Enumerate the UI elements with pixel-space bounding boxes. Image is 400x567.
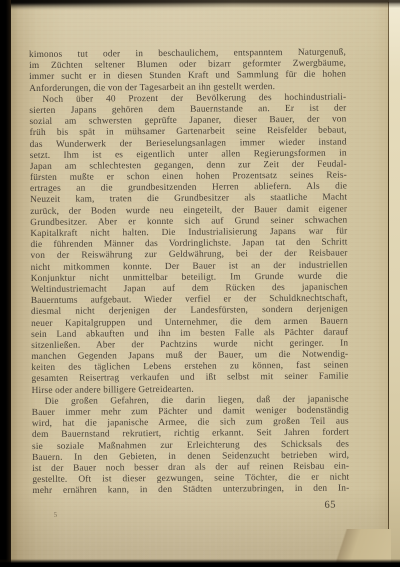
signature-mark: 5: [54, 511, 58, 519]
scan-edge-left: [0, 0, 11, 567]
paragraph: kimonos tut oder in beschaulichem, entsp…: [29, 48, 346, 95]
page-content: kimonos tut oder in beschaulichem, entsp…: [0, 0, 382, 567]
scan-edge-bottom: [0, 559, 400, 567]
scanned-book-page: kimonos tut oder in beschaulichem, entsp…: [0, 0, 400, 567]
text-line: mehr ernähren kann, in den Städten unter…: [32, 484, 349, 498]
paragraph: Noch über 40 Prozent der Bevölkerung des…: [29, 92, 348, 397]
underlying-pages-edge: [389, 0, 400, 564]
text-block: kimonos tut oder in beschaulichem, entsp…: [29, 48, 350, 498]
page-number: 65: [324, 500, 336, 511]
paragraph: Die großen Gefahren, die darin liegen, d…: [32, 394, 350, 497]
